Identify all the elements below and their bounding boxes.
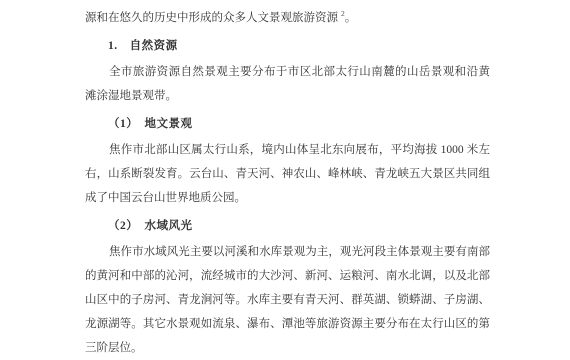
document-page: 源和在悠久的历史中形成的众多人文景观旅游资源2。 1. 自然资源 全市旅游资源自… xyxy=(0,0,570,360)
paragraph-line: 滩涂湿地景观带。 xyxy=(85,84,490,108)
paragraph-line: 右，山系断裂发育。云台山、青天河、神农山、峰林峡、青龙峡五大景区共同组 xyxy=(85,162,490,186)
paragraph-line: 成了中国云台山世界地质公园。 xyxy=(85,186,490,210)
paragraph-text: 源和在悠久的历史中形成的众多人文景观旅游资源 xyxy=(85,12,338,24)
paragraph-line: 源和在悠久的历史中形成的众多人文景观旅游资源2。 xyxy=(85,6,490,30)
paragraph-line: 焦作市水域风光主要以河溪和水库景观为主，观光河段主体景观主要有南部 xyxy=(85,240,490,264)
section-heading-natural-resources: 1. 自然资源 xyxy=(85,34,490,58)
paragraph-line: 的黄河和中部的沁河，流经城市的大沙河、新河、运粮河、南水北调，以及北部 xyxy=(85,264,490,288)
subsection-heading-geological-landscape: （1） 地文景观 xyxy=(85,112,490,136)
paragraph-line: 全市旅游资源自然景观主要分布于市区北部太行山南麓的山岳景观和沿黄 xyxy=(85,60,490,84)
paragraph-line: 龙源湖等。其它水景观如流泉、瀑布、潭池等旅游资源主要分布在太行山区的第 xyxy=(85,312,490,336)
paragraph-line: 山区中的子房河、青龙涧河等。水库主要有青天河、群英湖、锁蟒湖、子房湖、 xyxy=(85,288,490,312)
subsection-heading-water-scenery: （2） 水域风光 xyxy=(85,214,490,238)
paragraph-line: 三阶层位。 xyxy=(85,336,490,360)
paragraph-text: 。 xyxy=(345,12,357,24)
paragraph-line: 焦作市北部山区属太行山系，境内山体呈北东向展布，平均海拔 1000 米左 xyxy=(85,138,490,162)
